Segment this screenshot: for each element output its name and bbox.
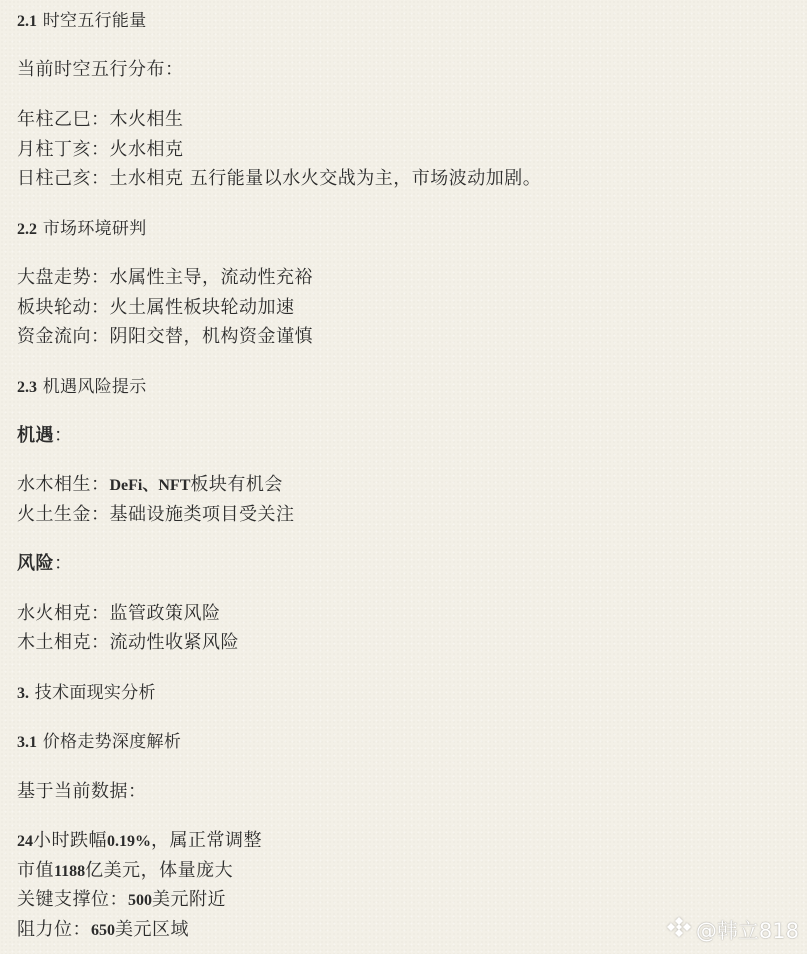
list-item: 24小时跌幅0.19%，属正常调整 bbox=[17, 829, 262, 854]
list-item: 板块轮动：火土属性板块轮动加速 bbox=[17, 296, 295, 320]
label: 美元附近 bbox=[152, 889, 226, 910]
list-item: 月柱丁亥：火水相克 bbox=[17, 138, 184, 162]
value: 650 bbox=[91, 922, 115, 939]
section-heading-2-1: 2.1 时空五行能量 bbox=[17, 9, 147, 34]
value: 24 bbox=[17, 833, 33, 850]
label: 市值 bbox=[17, 860, 54, 881]
list-item: 市值1188亿美元，体量庞大 bbox=[17, 859, 233, 884]
heading-number: 3. bbox=[17, 685, 29, 702]
list-item: 关键支撑位：500美元附近 bbox=[17, 888, 226, 913]
list-item: 火土生金：基础设施类项目受关注 bbox=[17, 503, 295, 527]
list-item: 水火相克：监管政策风险 bbox=[17, 602, 221, 626]
opportunity-label-text: 机遇 bbox=[17, 425, 54, 446]
label: 美元区域 bbox=[115, 919, 189, 940]
label: 关键支撑位： bbox=[17, 889, 128, 910]
binance-logo-icon bbox=[666, 914, 692, 945]
risk-label: 风险： bbox=[17, 552, 73, 576]
label: 阻力位： bbox=[17, 919, 91, 940]
heading-text: 价格走势深度解析 bbox=[43, 732, 181, 752]
risk-label-text: 风险 bbox=[17, 553, 54, 574]
heading-text: 市场环境研判 bbox=[43, 219, 147, 239]
paragraph-intro: 当前时空五行分布： bbox=[17, 58, 184, 82]
watermark: @韩立818 bbox=[666, 914, 799, 945]
item-latin: DeFi、NFT bbox=[110, 477, 191, 494]
value: 0.19% bbox=[107, 833, 151, 850]
list-item: 木土相克：流动性收紧风险 bbox=[17, 631, 239, 655]
heading-text: 技术面现实分析 bbox=[35, 683, 156, 703]
value: 500 bbox=[128, 892, 152, 909]
heading-number: 2.2 bbox=[17, 221, 37, 238]
heading-number: 2.3 bbox=[17, 379, 37, 396]
value: 1188 bbox=[54, 863, 85, 880]
list-item: 年柱乙巳：木火相生 bbox=[17, 108, 184, 132]
item-prefix: 水木相生： bbox=[17, 474, 110, 495]
heading-text: 时空五行能量 bbox=[43, 11, 147, 31]
list-item: 日柱己亥：土水相克 五行能量以水火交战为主，市场波动加剧。 bbox=[17, 167, 541, 191]
paragraph-intro: 基于当前数据： bbox=[17, 780, 147, 804]
item-text: 火土生金：基础设施类项目受关注 bbox=[17, 504, 295, 525]
list-item: 阻力位：650美元区域 bbox=[17, 918, 189, 943]
section-heading-2-2: 2.2 市场环境研判 bbox=[17, 217, 147, 242]
colon: ： bbox=[54, 425, 73, 446]
watermark-text: @韩立818 bbox=[696, 915, 799, 945]
colon: ： bbox=[54, 553, 73, 574]
label: 亿美元，体量庞大 bbox=[85, 860, 233, 881]
section-heading-3-1: 3.1 价格走势深度解析 bbox=[17, 730, 181, 755]
opportunity-label: 机遇： bbox=[17, 424, 73, 448]
section-heading-2-3: 2.3 机遇风险提示 bbox=[17, 375, 147, 400]
list-item: 水木相生：DeFi、NFT板块有机会 bbox=[17, 473, 283, 498]
heading-number: 2.1 bbox=[17, 13, 37, 30]
item-suffix: 板块有机会 bbox=[190, 474, 283, 495]
list-item: 资金流向：阴阳交替，机构资金谨慎 bbox=[17, 325, 313, 349]
heading-number: 3.1 bbox=[17, 734, 37, 751]
label: ，属正常调整 bbox=[151, 830, 262, 851]
heading-text: 机遇风险提示 bbox=[43, 377, 147, 397]
label: 小时跌幅 bbox=[33, 830, 107, 851]
section-heading-3: 3. 技术面现实分析 bbox=[17, 681, 156, 706]
list-item: 大盘走势：水属性主导，流动性充裕 bbox=[17, 266, 313, 290]
